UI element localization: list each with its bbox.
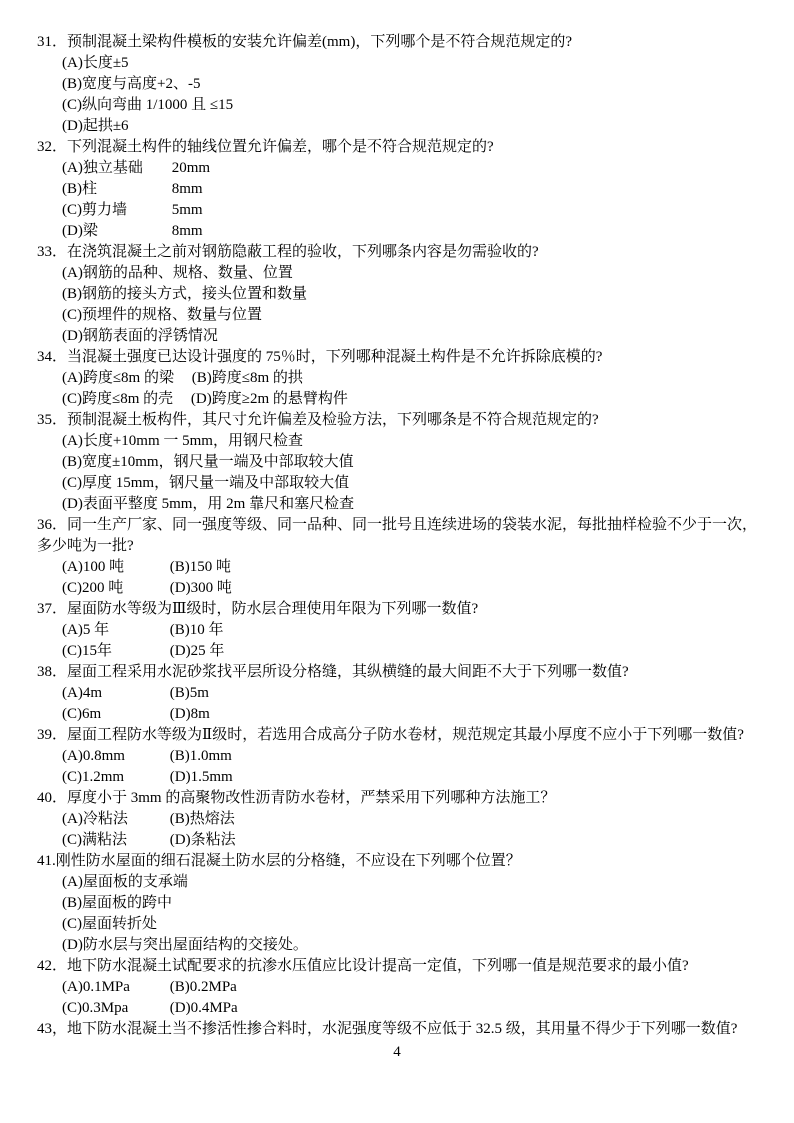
option-a: (A)独立基础 (62, 158, 168, 179)
question-options: (A)0.8mm (B)1.0mm (C)1.2mm (D)1.5mm (37, 746, 770, 788)
option-row: (A)独立基础 20mm (62, 158, 770, 179)
option-d: (D)钢筋表面的浮锈情况 (62, 326, 770, 347)
option-a: (A)5 年 (62, 620, 152, 641)
option-c: (C)200 吨 (62, 578, 152, 599)
option-b: (B)热熔法 (170, 809, 260, 830)
option-c: (C)6m (62, 704, 152, 725)
option-d: (D)25 年 (170, 641, 260, 662)
option-c: (C)1.2mm (62, 767, 152, 788)
option-c: (C)跨度≤8m 的壳 (62, 389, 173, 410)
question-options: (A)长度±5 (B)宽度与高度+2、-5 (C)纵向弯曲 1/1000 且 ≤… (37, 53, 770, 137)
option-row: (C)剪力墙 5mm (62, 200, 770, 221)
option-b-value: 8mm (172, 179, 203, 200)
option-d: (D)0.4MPa (170, 998, 260, 1019)
option-c: (C)预埋件的规格、数量与位置 (62, 305, 770, 326)
question-39: 39．屋面工程防水等级为Ⅱ级时，若选用合成高分子防水卷材，规范规定其最小厚度不应… (37, 725, 770, 788)
option-b: (B)150 吨 (170, 557, 260, 578)
option-b: (B)钢筋的接头方式，接头位置和数量 (62, 284, 770, 305)
question-options: (A)0.1MPa (B)0.2MPa (C)0.3Mpa (D)0.4MPa (37, 977, 770, 1019)
option-d: (D)梁 (62, 221, 168, 242)
option-row: (A)100 吨 (B)150 吨 (62, 557, 770, 578)
option-a: (A)长度±5 (62, 53, 770, 74)
option-b: (B)宽度与高度+2、-5 (62, 74, 770, 95)
option-c: (C)剪力墙 (62, 200, 168, 221)
question-32: 32．下列混凝土构件的轴线位置允许偏差，哪个是不符合规范规定的? (A)独立基础… (37, 137, 770, 242)
option-row: (D)梁 8mm (62, 221, 770, 242)
option-a: (A)0.8mm (62, 746, 152, 767)
question-stem: 43，地下防水混凝土当不掺活性掺合料时，水泥强度等级不应低于 32.5 级，其用… (37, 1019, 770, 1040)
question-options: (A)5 年 (B)10 年 (C)15年 (D)25 年 (37, 620, 770, 662)
option-b: (B)10 年 (170, 620, 260, 641)
option-c: (C)15年 (62, 641, 152, 662)
question-options: (A)冷粘法 (B)热熔法 (C)满粘法 (D)条粘法 (37, 809, 770, 851)
question-42: 42．地下防水混凝土试配要求的抗渗水压值应比设计提高一定值，下列哪一值是规范要求… (37, 956, 770, 1019)
option-row: (A)冷粘法 (B)热熔法 (62, 809, 770, 830)
option-row: (A)0.1MPa (B)0.2MPa (62, 977, 770, 998)
question-37: 37．屋面防水等级为Ⅲ级时，防水层合理使用年限为下列哪一数值? (A)5 年 (… (37, 599, 770, 662)
option-c: (C)满粘法 (62, 830, 152, 851)
option-d: (D)起拱±6 (62, 116, 770, 137)
option-c: (C)厚度 15mm，钢尺量一端及中部取较大值 (62, 473, 770, 494)
option-row: (A)0.8mm (B)1.0mm (62, 746, 770, 767)
question-33: 33．在浇筑混凝土之前对钢筋隐蔽工程的验收，下列哪条内容是勿需验收的? (A)钢… (37, 242, 770, 347)
option-row: (A)5 年 (B)10 年 (62, 620, 770, 641)
option-d: (D)300 吨 (170, 578, 260, 599)
option-a: (A)0.1MPa (62, 977, 152, 998)
option-c: (C)纵向弯曲 1/1000 且 ≤15 (62, 95, 770, 116)
option-a: (A)屋面板的支承端 (62, 872, 770, 893)
question-stem: 40．厚度小于 3mm 的高聚物改性沥青防水卷材，严禁采用下列哪种方法施工？ (37, 788, 770, 809)
question-stem: 42．地下防水混凝土试配要求的抗渗水压值应比设计提高一定值，下列哪一值是规范要求… (37, 956, 770, 977)
question-41: 41.刚性防水屋面的细石混凝土防水层的分格缝，不应设在下列哪个位置？ (A)屋面… (37, 851, 770, 956)
question-options: (A)4m (B)5m (C)6m (D)8m (37, 683, 770, 725)
question-38: 38．屋面工程采用水泥砂浆找平层所设分格缝，其纵横缝的最大间距不大于下列哪一数值… (37, 662, 770, 725)
question-31: 31．预制混凝土梁构件模板的安装允许偏差(mm)，下列哪个是不符合规范规定的? … (37, 32, 770, 137)
question-40: 40．厚度小于 3mm 的高聚物改性沥青防水卷材，严禁采用下列哪种方法施工？ (… (37, 788, 770, 851)
exam-page: 31．预制混凝土梁构件模板的安装允许偏差(mm)，下列哪个是不符合规范规定的? … (0, 0, 794, 1123)
option-d: (D)防水层与突出屋面结构的交接处。 (62, 935, 770, 956)
option-a: (A)冷粘法 (62, 809, 152, 830)
option-b: (B)5m (170, 683, 260, 704)
question-options: (A)100 吨 (B)150 吨 (C)200 吨 (D)300 吨 (37, 557, 770, 599)
option-d: (D)8m (170, 704, 260, 725)
option-b: (B)柱 (62, 179, 168, 200)
question-34: 34．当混凝土强度已达设计强度的 75％时，下列哪种混凝土构件是不允许拆除底模的… (37, 347, 770, 410)
option-row: (B)柱 8mm (62, 179, 770, 200)
option-row: (A)4m (B)5m (62, 683, 770, 704)
question-stem: 35．预制混凝土板构件，其尺寸允许偏差及检验方法，下列哪条是不符合规范规定的? (37, 410, 770, 431)
option-d: (D)1.5mm (170, 767, 260, 788)
option-b: (B)宽度±10mm，钢尺量一端及中部取较大值 (62, 452, 770, 473)
option-row: (C)200 吨 (D)300 吨 (62, 578, 770, 599)
option-a: (A)钢筋的品种、规格、数量、位置 (62, 263, 770, 284)
option-row: (C)0.3Mpa (D)0.4MPa (62, 998, 770, 1019)
option-row: (C)1.2mm (D)1.5mm (62, 767, 770, 788)
question-stem: 32．下列混凝土构件的轴线位置允许偏差，哪个是不符合规范规定的? (37, 137, 770, 158)
option-d: (D)表面平整度 5mm，用 2m 靠尺和塞尺检查 (62, 494, 770, 515)
option-a-value: 20mm (172, 158, 210, 179)
question-options: (A)长度+10mm 一 5mm，用钢尺检查 (B)宽度±10mm，钢尺量一端及… (37, 431, 770, 515)
question-stem: 34．当混凝土强度已达设计强度的 75％时，下列哪种混凝土构件是不允许拆除底模的… (37, 347, 770, 368)
option-a: (A)长度+10mm 一 5mm，用钢尺检查 (62, 431, 770, 452)
option-c: (C)0.3Mpa (62, 998, 152, 1019)
option-c: (C)屋面转折处 (62, 914, 770, 935)
option-row: (C)满粘法 (D)条粘法 (62, 830, 770, 851)
question-options: (A)独立基础 20mm (B)柱 8mm (C)剪力墙 5mm (D)梁 8m… (37, 158, 770, 242)
question-options: (A)钢筋的品种、规格、数量、位置 (B)钢筋的接头方式，接头位置和数量 (C)… (37, 263, 770, 347)
option-b: (B)1.0mm (170, 746, 260, 767)
question-stem: 39．屋面工程防水等级为Ⅱ级时，若选用合成高分子防水卷材，规范规定其最小厚度不应… (37, 725, 770, 746)
option-row: (A)跨度≤8m 的梁 (B)跨度≤8m 的拱 (62, 368, 770, 389)
question-stem: 38．屋面工程采用水泥砂浆找平层所设分格缝，其纵横缝的最大间距不大于下列哪一数值… (37, 662, 770, 683)
option-c-value: 5mm (172, 200, 203, 221)
option-d: (D)跨度≥2m 的悬臂构件 (191, 389, 348, 410)
option-d: (D)条粘法 (170, 830, 260, 851)
question-options: (A)屋面板的支承端 (B)屋面板的跨中 (C)屋面转折处 (D)防水层与突出屋… (37, 872, 770, 956)
option-row: (C)6m (D)8m (62, 704, 770, 725)
option-a: (A)100 吨 (62, 557, 152, 578)
question-stem: 31．预制混凝土梁构件模板的安装允许偏差(mm)，下列哪个是不符合规范规定的? (37, 32, 770, 53)
option-row: (C)15年 (D)25 年 (62, 641, 770, 662)
option-b: (B)跨度≤8m 的拱 (192, 368, 303, 389)
option-a: (A)4m (62, 683, 152, 704)
question-stem: 33．在浇筑混凝土之前对钢筋隐蔽工程的验收，下列哪条内容是勿需验收的? (37, 242, 770, 263)
question-35: 35．预制混凝土板构件，其尺寸允许偏差及检验方法，下列哪条是不符合规范规定的? … (37, 410, 770, 515)
option-row: (C)跨度≤8m 的壳 (D)跨度≥2m 的悬臂构件 (62, 389, 770, 410)
question-36: 36．同一生产厂家、同一强度等级、同一品种、同一批号且连续进场的袋装水泥，每批抽… (37, 515, 770, 599)
question-stem: 37．屋面防水等级为Ⅲ级时，防水层合理使用年限为下列哪一数值? (37, 599, 770, 620)
page-number: 4 (0, 1042, 794, 1063)
question-stem: 36．同一生产厂家、同一强度等级、同一品种、同一批号且连续进场的袋装水泥，每批抽… (37, 515, 770, 557)
question-stem: 41.刚性防水屋面的细石混凝土防水层的分格缝，不应设在下列哪个位置？ (37, 851, 770, 872)
option-a: (A)跨度≤8m 的梁 (62, 368, 174, 389)
question-options: (A)跨度≤8m 的梁 (B)跨度≤8m 的拱 (C)跨度≤8m 的壳 (D)跨… (37, 368, 770, 410)
option-b: (B)0.2MPa (170, 977, 260, 998)
option-b: (B)屋面板的跨中 (62, 893, 770, 914)
question-43: 43，地下防水混凝土当不掺活性掺合料时，水泥强度等级不应低于 32.5 级，其用… (37, 1019, 770, 1040)
option-d-value: 8mm (172, 221, 203, 242)
